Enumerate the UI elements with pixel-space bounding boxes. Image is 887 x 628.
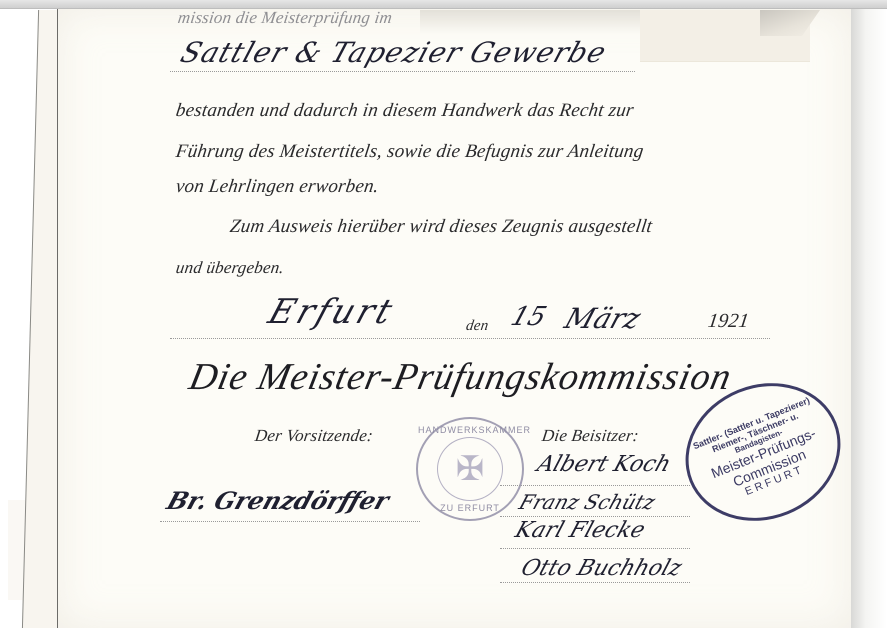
chairman-label: Der Vorsitzende: xyxy=(254,426,375,446)
body-line-2: Führung des Meistertitels, sowie die Bef… xyxy=(174,141,645,163)
place-handwritten: Erfurt xyxy=(264,292,400,332)
assessors-label: Die Beisitzer: xyxy=(541,426,641,446)
eagle-emblem-icon: ✠ xyxy=(437,437,503,501)
handwerkskammer-seal: HANDWERKSKAMMER ✠ ZU ERFURT xyxy=(416,417,524,521)
dotted-rule xyxy=(500,582,690,583)
month-handwritten: März xyxy=(561,302,645,335)
trade-handwritten: Sattler & Tapezier Gewerbe xyxy=(177,36,611,69)
assessor-signature-3: Karl Flecke xyxy=(512,518,648,543)
commission-heading: Die Meister-Prüfungskommission xyxy=(185,355,735,399)
dotted-rule xyxy=(170,71,635,72)
assessor-signature-4: Otto Buchholz xyxy=(518,556,685,581)
dotted-rule xyxy=(500,548,690,549)
dotted-rule xyxy=(160,521,420,522)
attest-line-1: Zum Ausweis hierüber wird dieses Zeugnis… xyxy=(228,216,653,238)
attest-line-2: und übergeben. xyxy=(175,258,286,278)
assessor-signature-2: Franz Schütz xyxy=(516,490,658,514)
seal-text-top: HANDWERKSKAMMER xyxy=(418,425,522,435)
year-text: 1921 xyxy=(706,310,750,333)
date-connector: den xyxy=(465,318,490,335)
body-line-3: von Lehrlingen erworben. xyxy=(174,176,380,198)
body-line-1: bestanden und dadurch in diesem Handwerk… xyxy=(174,100,635,122)
top-fragment-text: mission die Meisterprüfung im xyxy=(177,8,394,28)
assessor-signature-1: Albert Koch xyxy=(534,452,674,477)
seal-text-bottom: ZU ERFURT xyxy=(418,503,522,513)
dotted-rule xyxy=(170,338,770,339)
scan-right-edge xyxy=(851,9,887,628)
scan-top-edge xyxy=(0,0,887,9)
dotted-rule xyxy=(500,485,690,486)
chairman-signature: Br. Grenzdörffer xyxy=(163,486,393,515)
dotted-rule xyxy=(500,516,690,517)
